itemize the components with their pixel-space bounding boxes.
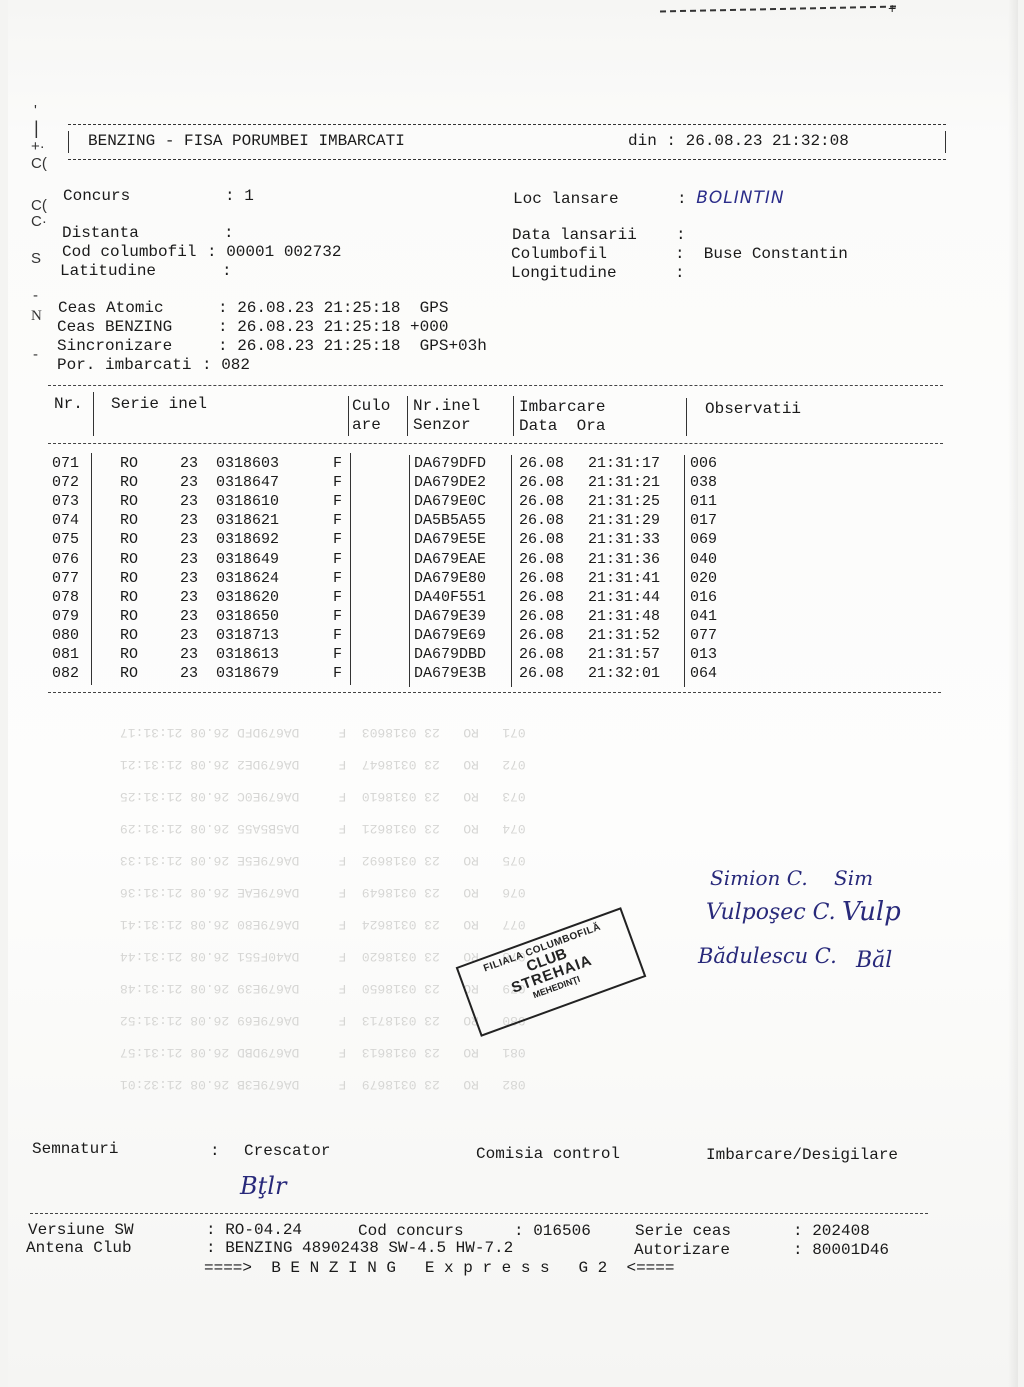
cell-sensor-ring: DA679E5E — [414, 531, 486, 548]
cell-date: 26.08 — [519, 627, 564, 644]
ghost-line: 076 RO 23 0318649 F DA679EAE 26.08 21:31… — [120, 885, 526, 900]
cell-year: 23 — [180, 627, 198, 644]
cell-country: RO — [120, 665, 138, 682]
cell-observatii: 077 — [690, 627, 717, 644]
col-nr-inel-senzor-header: Nr.inelSenzor — [413, 397, 480, 435]
cell-sex: F — [333, 474, 342, 491]
cell-time: 21:31:48 — [588, 608, 660, 625]
margin-fragment: - — [33, 287, 38, 304]
cell-sensor-ring: DA679DBD — [414, 646, 486, 663]
cell-country: RO — [120, 531, 138, 548]
ghost-line: 078 RO 23 0318620 F DA40F551 26.08 21:31… — [120, 949, 526, 964]
por-imbarcati-field: Por. imbarcati: 082 — [57, 356, 250, 374]
margin-fragment: S — [31, 250, 41, 267]
cell-observatii: 006 — [690, 455, 717, 472]
cell-nr: 076 — [52, 551, 79, 568]
cell-country: RO — [120, 608, 138, 625]
cell-sensor-ring: DA679E69 — [414, 627, 486, 644]
cell-time: 21:31:36 — [588, 551, 660, 568]
serie-ceas-field: Serie ceas: 202408 — [635, 1222, 870, 1240]
table-bottom-rule — [48, 692, 941, 693]
cell-year: 23 — [180, 493, 198, 510]
col-serie-inel-header: Serie inel — [111, 395, 207, 414]
cell-sex: F — [333, 589, 342, 606]
col-imbarcare-header: ImbarcareData Ora — [519, 398, 605, 436]
cell-time: 21:31:33 — [588, 531, 660, 548]
cell-date: 26.08 — [519, 608, 564, 625]
commission-name-3: Bădulescu C. — [698, 944, 837, 968]
semnaturi-sep: : — [210, 1142, 220, 1160]
cell-nr: 074 — [52, 512, 79, 529]
ghost-line: 080 RO 23 0318713 F DA679E69 26.08 21:31… — [120, 1013, 526, 1028]
cell-date: 26.08 — [519, 646, 564, 663]
cell-ring-number: 0318603 — [216, 455, 279, 472]
cell-time: 21:31:29 — [588, 512, 660, 529]
cell-nr: 075 — [52, 531, 79, 548]
cell-nr: 082 — [52, 665, 79, 682]
ceas-atomic-field: Ceas Atomic: 26.08.23 21:25:18 GPS — [58, 299, 448, 317]
cell-ring-number: 0318610 — [216, 493, 279, 510]
cell-ring-number: 0318650 — [216, 608, 279, 625]
columbofil-field: Columbofil: Buse Constantin — [511, 245, 848, 263]
margin-fragment: C( — [31, 197, 47, 214]
cell-nr: 078 — [52, 589, 79, 606]
commission-name-1: Simion C. — [710, 866, 808, 890]
cell-sex: F — [333, 570, 342, 587]
cell-year: 23 — [180, 589, 198, 606]
cell-time: 21:32:01 — [588, 665, 660, 682]
cell-ring-number: 0318679 — [216, 665, 279, 682]
cell-date: 26.08 — [519, 512, 564, 529]
margin-fragment: | — [34, 118, 39, 139]
cell-year: 23 — [180, 531, 198, 548]
cell-year: 23 — [180, 474, 198, 491]
margin-fragment: C( — [31, 155, 47, 172]
ghost-line: 075 RO 23 0318692 F DA679E5E 26.08 21:31… — [120, 853, 526, 868]
cell-year: 23 — [180, 512, 198, 529]
margin-fragment: N — [31, 308, 42, 325]
cell-ring-number: 0318692 — [216, 531, 279, 548]
comisia-control-label: Comisia control — [476, 1145, 620, 1163]
cell-nr: 080 — [52, 627, 79, 644]
ghost-line: 081 RO 23 0318613 F DA679DBD 26.08 21:31… — [120, 1045, 526, 1060]
margin-fragment: C· — [31, 213, 47, 230]
cell-nr: 079 — [52, 608, 79, 625]
imbarcare-desigilare-label: Imbarcare/Desigilare — [706, 1146, 898, 1164]
table-top-rule — [48, 385, 943, 386]
cell-nr: 077 — [52, 570, 79, 587]
loc-lansare-handwritten: BOLINTIN — [696, 188, 784, 208]
cell-time: 21:31:52 — [588, 627, 660, 644]
cell-sex: F — [333, 665, 342, 682]
cell-sensor-ring: DA5B5A55 — [414, 512, 486, 529]
cell-observatii: 038 — [690, 474, 717, 491]
crescator-label: Crescator — [244, 1142, 330, 1160]
commission-signature-2: Vulp — [842, 897, 901, 927]
cell-sensor-ring: DA679E80 — [414, 570, 486, 587]
margin-fragment: +· — [31, 138, 45, 155]
semnaturi-label: Semnaturi — [32, 1140, 118, 1158]
cell-sensor-ring: DA679DFD — [414, 455, 486, 472]
cell-country: RO — [120, 474, 138, 491]
crescator-signature: Bţlr — [240, 1172, 286, 1200]
commission-name-2: Vulpoşec C. — [706, 900, 836, 925]
cell-ring-number: 0318713 — [216, 627, 279, 644]
cod-columbofil-field: Cod columbofil: 00001 002732 — [62, 243, 341, 261]
report-title: BENZING - FISA PORUMBEI IMBARCATI — [88, 132, 405, 150]
distanta-field: Distanta: — [62, 224, 234, 242]
cell-date: 26.08 — [519, 589, 564, 606]
ghost-line: 071 RO 23 0318603 F DA679DFD 26.08 21:31… — [120, 725, 526, 740]
col-culoare-header: Culoare — [352, 397, 390, 435]
cell-observatii: 040 — [690, 551, 717, 568]
cell-observatii: 016 — [690, 589, 717, 606]
margin-fragment: ' — [34, 102, 37, 119]
cell-ring-number: 0318613 — [216, 646, 279, 663]
cell-country: RO — [120, 512, 138, 529]
cell-observatii: 011 — [690, 493, 717, 510]
cell-ring-number: 0318621 — [216, 512, 279, 529]
loc-lansare-field: Loc lansare: BOLINTIN — [513, 189, 785, 208]
cell-time: 21:31:57 — [588, 646, 660, 663]
cod-concurs-field: Cod concurs: 016506 — [358, 1222, 591, 1240]
cell-observatii: 017 — [690, 512, 717, 529]
cell-country: RO — [120, 455, 138, 472]
report-datetime: din : 26.08.23 21:32:08 — [628, 132, 849, 150]
autorizare-field: Autorizare: 80001D46 — [634, 1241, 889, 1259]
data-lansarii-field: Data lansarii: — [512, 226, 686, 244]
cell-date: 26.08 — [519, 493, 564, 510]
ghost-line: 073 RO 23 0318610 F DA679E0C 26.08 21:31… — [120, 789, 526, 804]
ghost-line: 072 RO 23 0318647 F DA679DE2 26.08 21:31… — [120, 757, 526, 772]
cell-year: 23 — [180, 608, 198, 625]
cell-date: 26.08 — [519, 531, 564, 548]
cell-date: 26.08 — [519, 570, 564, 587]
cell-date: 26.08 — [519, 455, 564, 472]
cell-ring-number: 0318620 — [216, 589, 279, 606]
cell-country: RO — [120, 493, 138, 510]
cell-time: 21:31:21 — [588, 474, 660, 491]
cell-nr: 073 — [52, 493, 79, 510]
col-observatii-header: Observatii — [705, 400, 801, 419]
commission-signature-3: Băl — [856, 948, 892, 973]
cell-time: 21:31:44 — [588, 589, 660, 606]
cell-year: 23 — [180, 455, 198, 472]
cell-sex: F — [333, 646, 342, 663]
ghost-line: 082 RO 23 0318679 F DA679E3B 26.08 21:32… — [120, 1077, 526, 1092]
cell-observatii: 069 — [690, 531, 717, 548]
cell-sex: F — [333, 493, 342, 510]
cell-ring-number: 0318624 — [216, 570, 279, 587]
concurs-field: Concurs: 1 — [63, 187, 254, 205]
cell-year: 23 — [180, 646, 198, 663]
cell-date: 26.08 — [519, 665, 564, 682]
cell-observatii: 064 — [690, 665, 717, 682]
table-header-rule — [48, 443, 943, 444]
cell-nr: 071 — [52, 455, 79, 472]
cell-country: RO — [120, 551, 138, 568]
versiune-sw-field: Versiune SW: RO-04.24 — [28, 1221, 302, 1239]
cell-ring-number: 0318649 — [216, 551, 279, 568]
cell-year: 23 — [180, 551, 198, 568]
cell-time: 21:31:41 — [588, 570, 660, 587]
sincronizare-field: Sincronizare: 26.08.23 21:25:18 GPS+03h — [57, 337, 487, 355]
footer-rule — [30, 1213, 928, 1214]
cell-year: 23 — [180, 665, 198, 682]
cell-nr: 072 — [52, 474, 79, 491]
document-page — [8, 0, 1018, 1387]
cell-time: 21:31:25 — [588, 493, 660, 510]
cell-country: RO — [120, 627, 138, 644]
cell-country: RO — [120, 646, 138, 663]
cell-observatii: 041 — [690, 608, 717, 625]
col-nr-header: Nr. — [54, 395, 83, 414]
commission-signature-1: Sim — [834, 866, 873, 890]
report-header: BENZING - FISA PORUMBEI IMBARCATI din : … — [68, 124, 946, 160]
cell-sensor-ring: DA40F551 — [414, 589, 486, 606]
cell-sensor-ring: DA679E0C — [414, 493, 486, 510]
previous-page-plus-fragment: + — [888, 2, 896, 18]
cell-sensor-ring: DA679E3B — [414, 665, 486, 682]
ceas-benzing-field: Ceas BENZING: 26.08.23 21:25:18 +000 — [57, 318, 448, 336]
cell-nr: 081 — [52, 646, 79, 663]
cell-sex: F — [333, 627, 342, 644]
antena-club-field: Antena Club: BENZING 48902438 SW-4.5 HW-… — [26, 1239, 513, 1257]
longitudine-field: Longitudine: — [511, 264, 685, 282]
benzing-banner: ====> B E N Z I N G E x p r e s s G 2 <=… — [204, 1259, 674, 1277]
cell-year: 23 — [180, 570, 198, 587]
cell-country: RO — [120, 589, 138, 606]
latitudine-field: Latitudine: — [60, 262, 232, 280]
cell-sensor-ring: DA679E39 — [414, 608, 486, 625]
cell-date: 26.08 — [519, 474, 564, 491]
cell-sex: F — [333, 531, 342, 548]
page-edge-shadow — [1008, 0, 1018, 1387]
ghost-line: 077 RO 23 0318624 F DA679E80 26.08 21:31… — [120, 917, 526, 932]
margin-fragment: - — [33, 346, 38, 363]
cell-observatii: 020 — [690, 570, 717, 587]
cell-time: 21:31:17 — [588, 455, 660, 472]
cell-observatii: 013 — [690, 646, 717, 663]
cell-ring-number: 0318647 — [216, 474, 279, 491]
ghost-line: 074 RO 23 0318621 F DA5B5A55 26.08 21:31… — [120, 821, 526, 836]
cell-country: RO — [120, 570, 138, 587]
cell-sex: F — [333, 512, 342, 529]
cell-sex: F — [333, 551, 342, 568]
cell-sex: F — [333, 455, 342, 472]
cell-date: 26.08 — [519, 551, 564, 568]
cell-sensor-ring: DA679DE2 — [414, 474, 486, 491]
cell-sensor-ring: DA679EAE — [414, 551, 486, 568]
cell-sex: F — [333, 608, 342, 625]
